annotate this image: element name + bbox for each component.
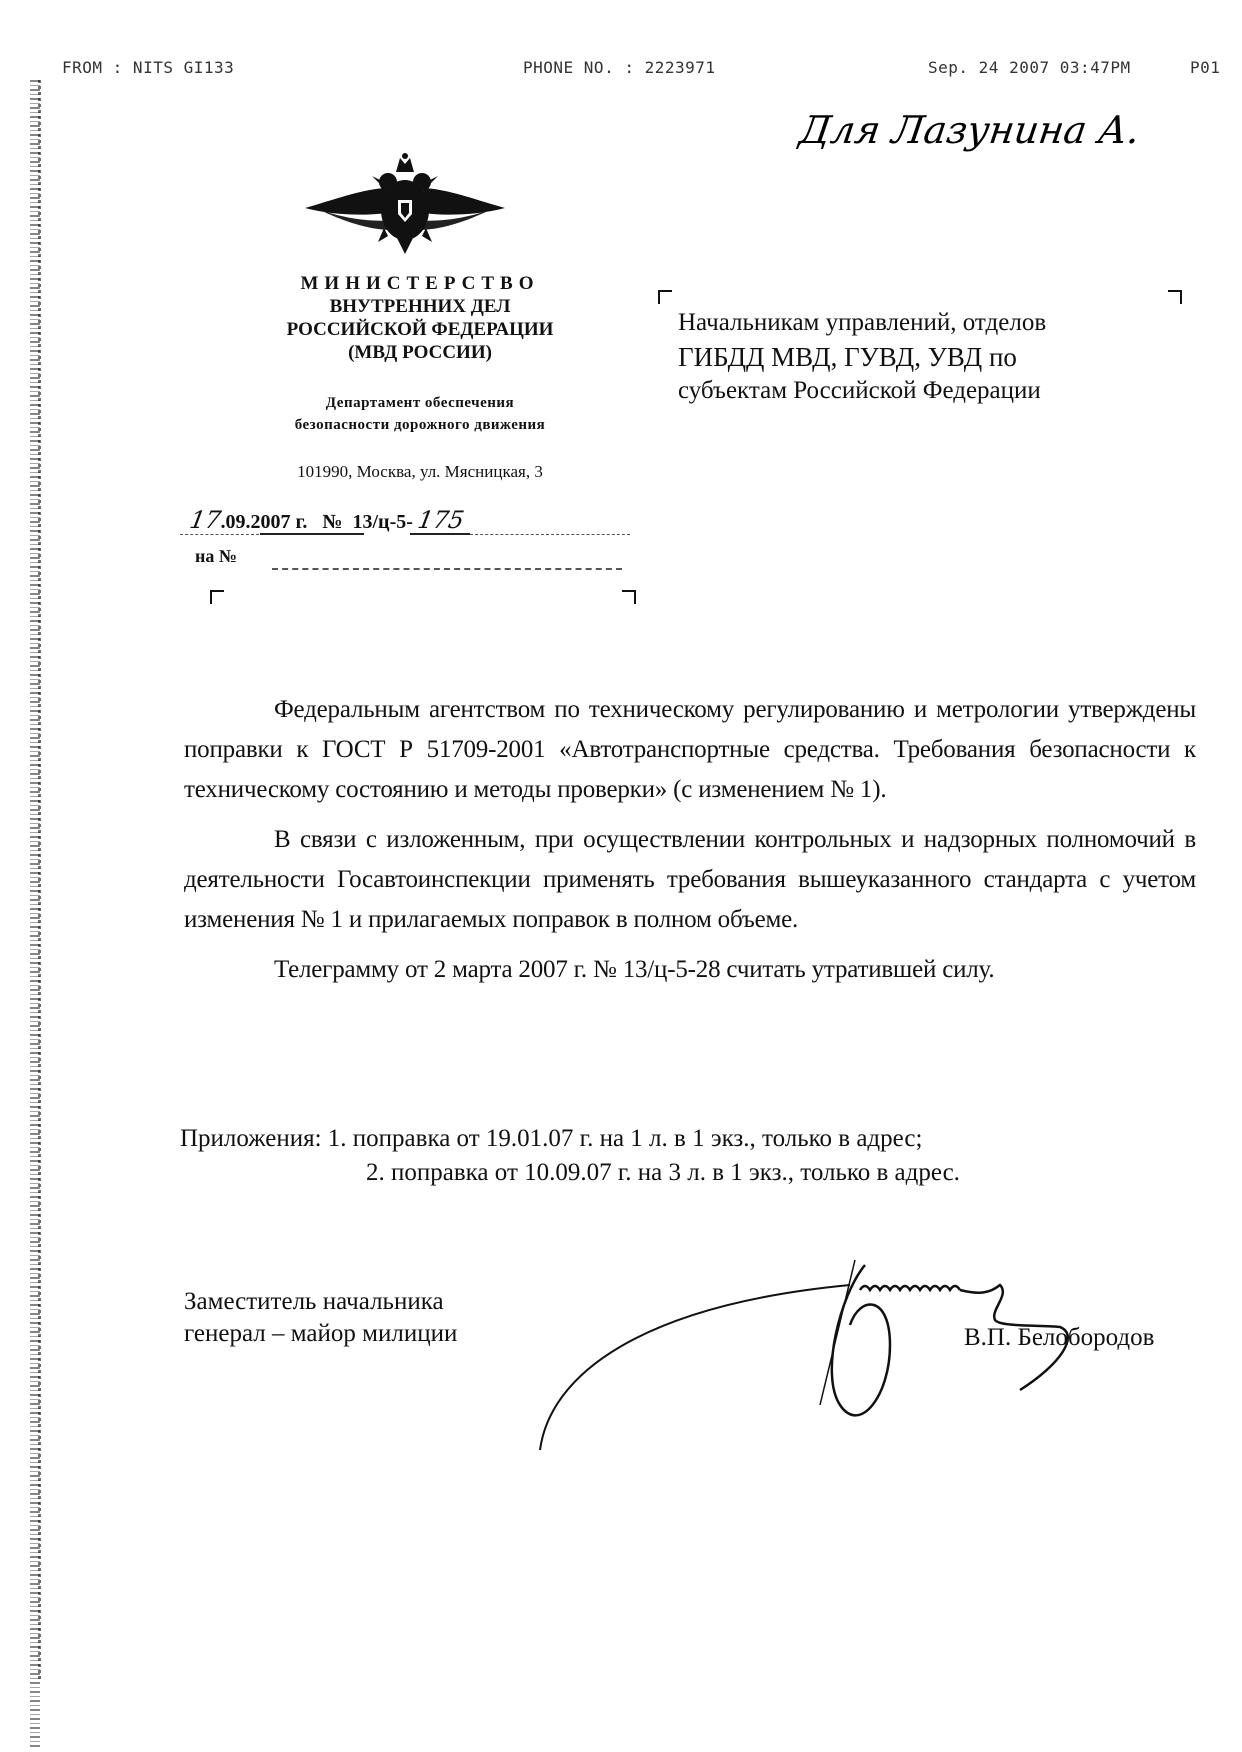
reply-to-line bbox=[272, 568, 622, 570]
body-paragraph: Федеральным агентством по техническому р… bbox=[184, 690, 1196, 810]
fax-phone: PHONE NO. : 2223971 bbox=[523, 58, 716, 77]
ministry-address: 101990, Москва, ул. Мясницкая, 3 bbox=[200, 462, 640, 482]
department-line1: Департамент обеспечения bbox=[200, 392, 640, 414]
addressee-line1: Начальникам управлений, отделов bbox=[678, 306, 1046, 340]
fax-from: FROM : NITS GI133 bbox=[62, 58, 234, 77]
ministry-title-line2: ВНУТРЕННИХ ДЕЛ bbox=[200, 295, 640, 318]
number-underline bbox=[410, 533, 470, 535]
printed-number: 13/ц-5- bbox=[352, 511, 412, 533]
bracket-corner bbox=[1168, 290, 1182, 304]
department-name: Департамент обеспечения безопасности дор… bbox=[200, 392, 640, 436]
fax-page: P01 bbox=[1190, 58, 1220, 77]
letterhead: МИНИСТЕРСТВО ВНУТРЕННИХ ДЕЛ РОССИЙСКОЙ Ф… bbox=[200, 272, 640, 364]
outgoing-registration: 17.09.2007 г. № 13/ц-5- 175 bbox=[190, 506, 464, 534]
addressee-line3: субъектам Российской Федерации bbox=[678, 374, 1046, 408]
bracket-corner bbox=[622, 590, 636, 604]
reply-to-label: на № bbox=[195, 546, 237, 567]
scan-artifact-edge bbox=[38, 80, 41, 1680]
ministry-title: МИНИСТЕРСТВО bbox=[200, 272, 640, 295]
position-line1: Заместитель начальника bbox=[184, 1286, 457, 1318]
body-paragraph: В связи с изложенным, при осуществлении … bbox=[184, 820, 1196, 940]
handwritten-note: Для Лазунина А. bbox=[797, 108, 1143, 152]
ministry-abbreviation: (МВД РОССИИ) bbox=[200, 341, 640, 364]
date-underline bbox=[260, 533, 364, 535]
ministry-title-line3: РОССИЙСКОЙ ФЕДЕРАЦИИ bbox=[200, 318, 640, 341]
fax-timestamp: Sep. 24 2007 03:47PM bbox=[928, 58, 1131, 77]
number-underline bbox=[470, 534, 630, 535]
attachment-item: 2. поправка от 10.09.07 г. на 3 л. в 1 э… bbox=[366, 1159, 960, 1186]
printed-date: .09.2007 г. bbox=[221, 511, 308, 533]
addressee-block: Начальникам управлений, отделов ГИБДД МВ… bbox=[678, 306, 1046, 408]
handwritten-date-day: 17 bbox=[188, 506, 223, 534]
department-line2: безопасности дорожного движения bbox=[200, 414, 640, 436]
attachments-label: Приложения: bbox=[180, 1125, 322, 1152]
bracket-corner bbox=[210, 590, 224, 604]
handwritten-number: 175 bbox=[415, 506, 466, 534]
position-line2: генерал – майор милиции bbox=[184, 1318, 457, 1350]
body-paragraph: Телеграмму от 2 марта 2007 г. № 13/ц-5-2… bbox=[184, 950, 1196, 990]
letter-body: Федеральным агентством по техническому р… bbox=[184, 690, 1196, 1000]
number-label: № bbox=[322, 511, 342, 533]
attachments-list: Приложения: 1. поправка от 19.01.07 г. н… bbox=[180, 1122, 960, 1190]
addressee-line2: ГИБДД МВД, ГУВД, УВД по bbox=[678, 340, 1046, 374]
double-headed-eagle-icon bbox=[300, 150, 510, 260]
handwritten-signature-icon bbox=[520, 1255, 1140, 1455]
signatory-position: Заместитель начальника генерал – майор м… bbox=[184, 1286, 457, 1350]
signatory-name: В.П. Белобородов bbox=[964, 1324, 1154, 1352]
attachment-item: 1. поправка от 19.01.07 г. на 1 л. в 1 э… bbox=[328, 1125, 923, 1152]
bracket-corner bbox=[658, 290, 672, 304]
